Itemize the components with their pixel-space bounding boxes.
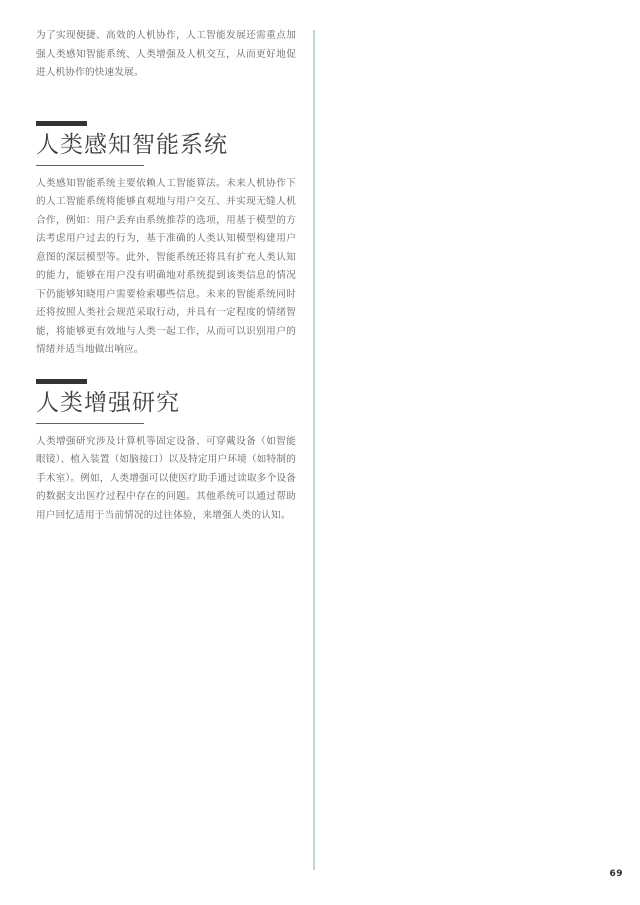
column-divider-line	[313, 30, 315, 870]
section-title-underline	[36, 423, 144, 424]
text-column: 为了实现便捷、高效的人机协作，人工智能发展还需重点加强人类感知智能系统、人类增强…	[36, 27, 296, 525]
section-body-paragraph: 人类感知智能系统主要依赖人工智能算法。未来人机协作下的人工智能系统将能够直观地与…	[36, 175, 296, 360]
section-accent-bar	[36, 121, 87, 126]
document-page: 为了实现便捷、高效的人机协作，人工智能发展还需重点加强人类感知智能系统、人类增强…	[0, 0, 640, 905]
page-number: 69	[609, 869, 623, 879]
section-accent-bar	[36, 379, 87, 384]
section-body-paragraph: 人类增强研究涉及计算机等固定设备、可穿戴设备（如智能眼镜）、植入装置（如脑接口）…	[36, 433, 296, 526]
intro-paragraph: 为了实现便捷、高效的人机协作，人工智能发展还需重点加强人类感知智能系统、人类增强…	[36, 27, 296, 83]
section-human-augmentation: 人类增强研究 人类增强研究涉及计算机等固定设备、可穿戴设备（如智能眼镜）、植入装…	[36, 379, 296, 526]
section-title: 人类感知智能系统	[36, 132, 296, 159]
section-human-perception: 人类感知智能系统 人类感知智能系统主要依赖人工智能算法。未来人机协作下的人工智能…	[36, 121, 296, 360]
section-title: 人类增强研究	[36, 390, 296, 417]
section-title-underline	[36, 165, 144, 166]
